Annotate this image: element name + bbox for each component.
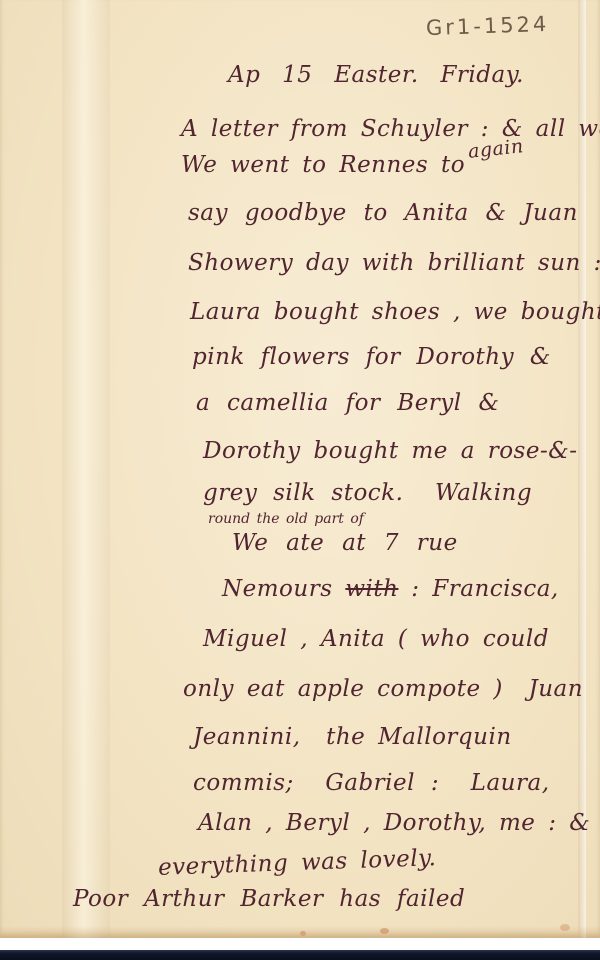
paper-stain [300,931,306,936]
handwritten-line: A letter from Schuyler : & all well . [181,116,600,142]
scanner-background-band [0,950,600,960]
line-text: Nemours [222,576,345,602]
handwritten-line: pink flowers for Dorothy & [192,344,551,370]
handwritten-line: Laura bought shoes , we bought [190,299,600,325]
handwritten-line: We ate at 7 rue [232,530,458,556]
handwritten-line: Poor Arthur Barker has failed [73,886,465,912]
paper-stain [380,928,389,934]
paper-sheet: Gr1-1524 Ap 15 Easter. Friday. A letter … [0,0,600,938]
interlinear-insertion: again [467,135,525,163]
paper-crease [62,0,110,938]
scanned-diary-page: { "archive_code": "Gr1-1524", "colors": … [0,0,600,960]
line-text: : Francisca, [398,576,558,602]
handwritten-line: commis; Gabriel : Laura, [193,770,550,796]
archive-code: Gr1-1524 [426,12,550,40]
handwritten-line: Showery day with brilliant sun : [188,250,600,276]
struck-out-word: with [345,576,398,602]
handwritten-line: We went to Rennes to [181,152,465,178]
date-heading: Ap 15 Easter. Friday. [228,62,524,88]
handwritten-line: Jeannini, the Mallorquin [193,724,512,750]
handwritten-line: everything was lovely. [158,845,437,881]
handwritten-line: Alan , Beryl , Dorothy, me : & [198,810,590,836]
handwritten-line: only eat apple compote ) Juan [183,676,583,702]
handwritten-line: a camellia for Beryl & [196,390,499,416]
paper-stain [560,924,570,931]
handwritten-line: say goodbye to Anita & Juan [188,200,578,226]
handwritten-line: Miguel , Anita ( who could [203,626,549,652]
handwritten-line: Nemours with : Francisca, [222,576,559,602]
handwritten-line: Dorothy bought me a rose-&- [203,438,578,464]
scanner-background-white [0,938,600,950]
interlinear-insertion: round the old part of [208,511,364,527]
handwritten-line: grey silk stock. Walking [203,480,532,506]
